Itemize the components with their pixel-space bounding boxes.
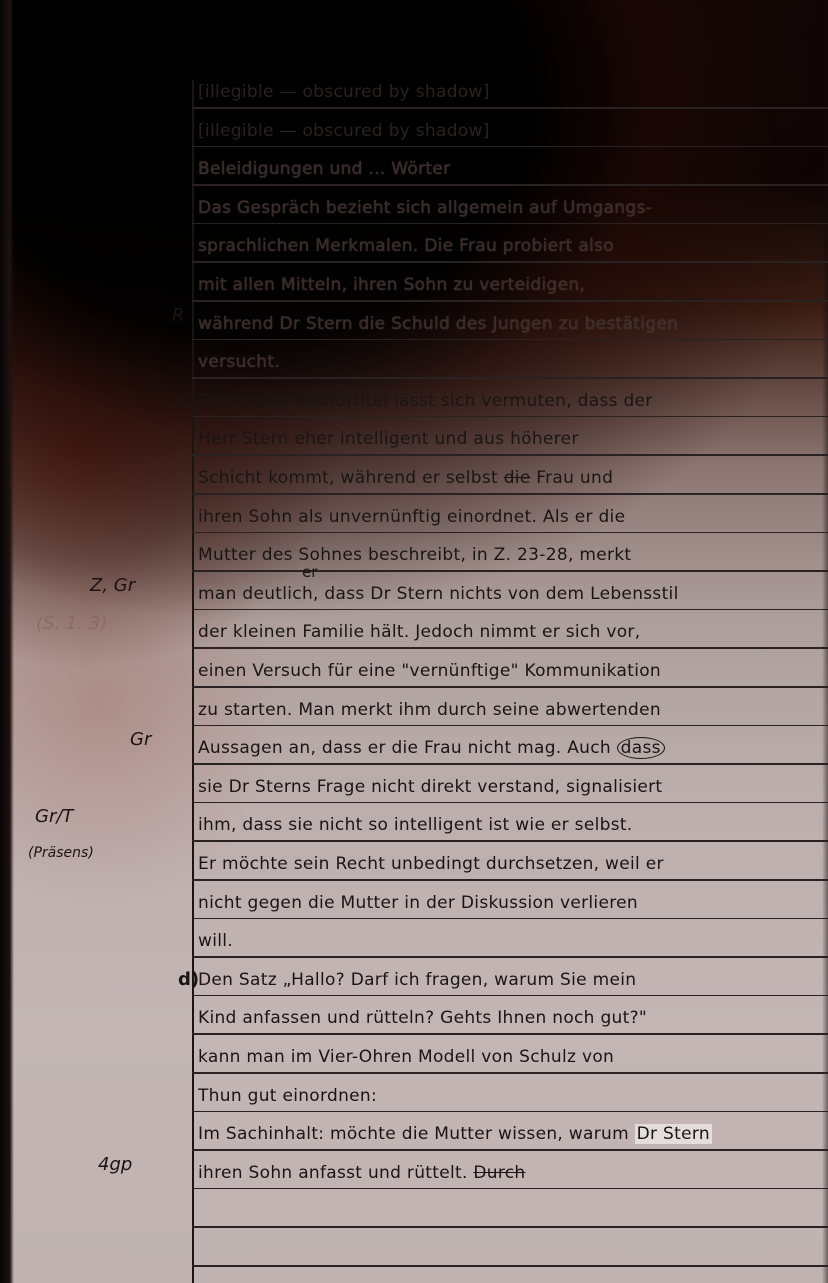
- ruled-line: [192, 223, 828, 225]
- text-line: zu starten. Man merkt ihm durch seine ab…: [198, 695, 824, 725]
- text-line: Den Satz „Hallo? Darf ich fragen, warum …: [198, 965, 824, 995]
- text-line: nicht gegen die Mutter in der Diskussion…: [198, 888, 824, 918]
- text-line: Im Sachinhalt: möchte die Mutter wissen,…: [198, 1119, 824, 1149]
- text-line: kann man im Vier-Ohren Modell von Schulz…: [198, 1042, 824, 1072]
- margin-note: Gr/T: [35, 806, 73, 827]
- ruled-line: [192, 416, 828, 418]
- text-line: Schicht kommt, während er selbst die Fra…: [198, 463, 824, 493]
- margin-note: 4gp: [98, 1154, 132, 1175]
- ruled-line: [192, 609, 828, 611]
- ruled-line: [192, 300, 828, 302]
- text-line: Herr Stern eher intelligent und aus höhe…: [198, 424, 824, 454]
- ruled-line: [192, 493, 828, 495]
- ruled-line: [192, 1226, 828, 1228]
- ruled-line: [192, 339, 828, 341]
- text-line: [illegible — obscured by shadow]: [198, 77, 824, 107]
- text-line: Durch den Doktortitel lässt sich vermute…: [198, 386, 824, 416]
- ruled-line: [192, 763, 828, 765]
- text-line: Kind anfassen und rütteln? Gehts Ihnen n…: [198, 1003, 824, 1033]
- ruled-line: [192, 1111, 828, 1113]
- ruled-line: [192, 647, 828, 649]
- text-line: der kleinen Familie hält. Jedoch nimmt e…: [198, 617, 824, 647]
- ruled-line: [192, 146, 828, 148]
- text-line: versucht.: [198, 347, 824, 377]
- ruled-line: [192, 1072, 828, 1074]
- ruled-line: [192, 532, 828, 534]
- text-line: man deutlich, dass Dr Stern nichts von d…: [198, 579, 824, 609]
- text-line: Beleidigungen und ... Wörter: [198, 154, 824, 184]
- ruled-line: [192, 1149, 828, 1151]
- ruled-line: [192, 956, 828, 958]
- ruled-line: [192, 377, 828, 379]
- text-line: Mutter des Sohnes beschreibt, in Z. 23-2…: [198, 540, 824, 570]
- ruled-line: [192, 802, 828, 804]
- text-line: [198, 1235, 824, 1265]
- ruled-line: [192, 1265, 828, 1267]
- ruled-line: [192, 107, 828, 109]
- text-line: [198, 1196, 824, 1226]
- margin-note: Gr: [130, 729, 151, 750]
- margin-note: Z, Gr: [90, 575, 135, 596]
- ruled-line: [192, 1188, 828, 1190]
- text-line: ihren Sohn anfasst und rüttelt. Durch: [198, 1158, 824, 1188]
- ruled-line: [192, 1033, 828, 1035]
- text-line: Thun gut einordnen:: [198, 1081, 824, 1111]
- insertion-mark: er: [302, 563, 317, 581]
- margin-note: R: [172, 305, 185, 326]
- exercise-label: d): [178, 969, 199, 990]
- text-line: ihren Sohn als unvernünftig einordnet. A…: [198, 502, 824, 532]
- text-line: einen Versuch für eine "vernünftige" Kom…: [198, 656, 824, 686]
- text-line: Das Gespräch bezieht sich allgemein auf …: [198, 193, 824, 223]
- ruled-line: [192, 454, 828, 456]
- ruled-line: [192, 840, 828, 842]
- margin-note: (Präsens): [28, 845, 94, 861]
- text-line: sie Dr Sterns Frage nicht direkt verstan…: [198, 772, 824, 802]
- margin-note: (S. 1. 3): [36, 613, 107, 634]
- ruled-line: [192, 725, 828, 727]
- ruled-line: [192, 995, 828, 997]
- text-line: will.: [198, 926, 824, 956]
- text-line: [illegible — obscured by shadow]: [198, 116, 824, 146]
- page-binding-shadow: [0, 0, 14, 1283]
- text-line: während Dr Stern die Schuld des Jungen z…: [198, 309, 824, 339]
- ruled-line: [192, 261, 828, 263]
- ruled-line: [192, 918, 828, 920]
- ruled-line: [192, 184, 828, 186]
- text-line: Er möchte sein Recht unbedingt durchsetz…: [198, 849, 824, 879]
- text-line: sprachlichen Merkmalen. Die Frau probier…: [198, 231, 824, 261]
- ruled-line: [192, 570, 828, 572]
- text-line: ihm, dass sie nicht so intelligent ist w…: [198, 810, 824, 840]
- exercise-label: c): [178, 390, 197, 411]
- ruled-line: [192, 879, 828, 881]
- ruled-line: [192, 686, 828, 688]
- text-line: mit allen Mitteln, ihren Sohn zu verteid…: [198, 270, 824, 300]
- text-line: Aussagen an, dass er die Frau nicht mag.…: [198, 733, 824, 763]
